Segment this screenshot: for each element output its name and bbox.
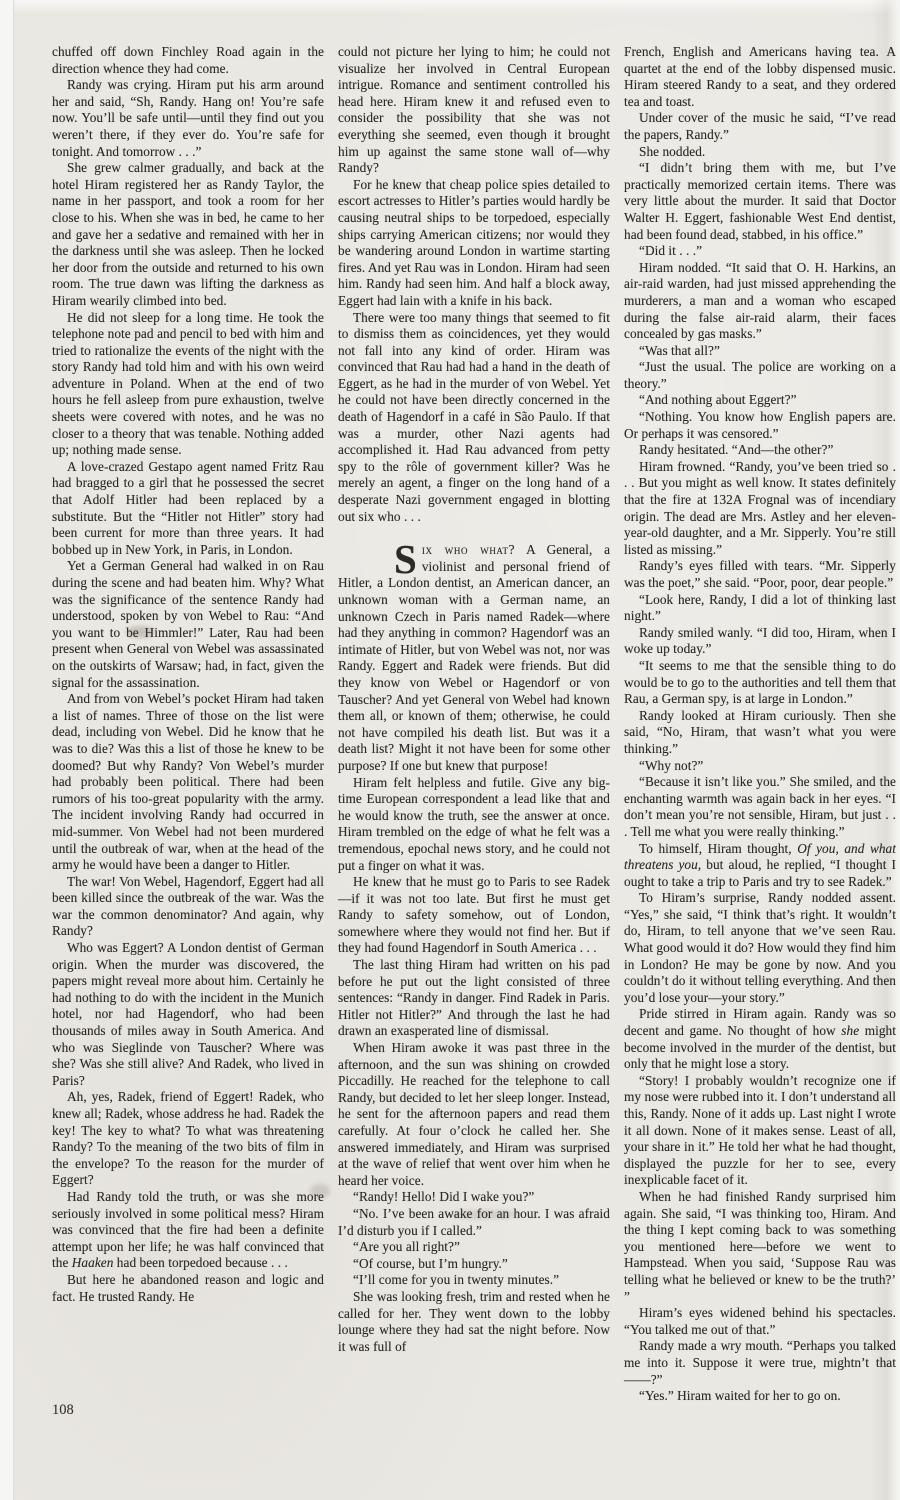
paragraph: To himself, Hiram thought, Of you, and w…: [624, 841, 896, 891]
paragraph: Hiram’s eyes widened behind his spectacl…: [624, 1305, 896, 1338]
paragraph: She grew calmer gradually, and back at t…: [52, 160, 324, 309]
paragraph: French, English and Americans having tea…: [624, 44, 896, 110]
paragraph: She was looking fresh, trim and rested w…: [338, 1289, 610, 1355]
paragraph: For he knew that cheap police spies deta…: [338, 177, 610, 310]
paragraph: “It seems to me that the sensible thing …: [624, 658, 896, 708]
paragraph: Hiram felt helpless and futile. Give any…: [338, 775, 610, 875]
paragraph: But here he abandoned reason and logic a…: [52, 1272, 324, 1305]
paragraph: Randy smiled wanly. “I did too, Hiram, w…: [624, 625, 896, 658]
paragraph: “Was that all?”: [624, 343, 896, 360]
paragraph: “And nothing about Eggert?”: [624, 392, 896, 409]
dropcap-letter: S: [394, 545, 417, 574]
paragraph: He did not sleep for a long time. He too…: [52, 310, 324, 459]
paragraph: Pride stirred in Hiram again. Randy was …: [624, 1006, 896, 1072]
paragraph: Randy looked at Hiram curiously. Then sh…: [624, 708, 896, 758]
paragraph: Randy made a wry mouth. “Perhaps you tal…: [624, 1338, 896, 1388]
scan-edge-left: [13, 0, 15, 1500]
paragraph: He knew that he must go to Paris to see …: [338, 874, 610, 957]
text-columns: chuffed off down Finchley Road again in …: [52, 44, 896, 1450]
paragraph: And from von Webel’s pocket Hiram had ta…: [52, 691, 324, 874]
paragraph: “Are you all right?”: [338, 1239, 610, 1256]
paragraph: “Just the usual. The police are working …: [624, 359, 896, 392]
paragraph: “Yes.” Hiram waited for her to go on.: [624, 1388, 896, 1405]
paragraph: Hiram nodded. “It said that O. H. Harkin…: [624, 260, 896, 343]
scan-edge-top: [14, 0, 900, 14]
paragraph: Had Randy told the truth, or was she mor…: [52, 1189, 324, 1272]
paragraph: Yet a German General had walked in on Ra…: [52, 558, 324, 691]
text-column: chuffed off down Finchley Road again in …: [52, 44, 324, 1450]
paragraph: could not picture her lying to him; he c…: [338, 44, 610, 177]
paragraph: A love-crazed Gestapo agent named Fritz …: [52, 459, 324, 559]
paragraph: She nodded.: [624, 144, 896, 161]
paragraph: Six who what? A General, a violinist and…: [338, 542, 610, 774]
paragraph: Randy hesitated. “And—the other?”: [624, 442, 896, 459]
paragraph: The last thing Hiram had written on his …: [338, 957, 610, 1040]
paragraph: “Did it . . .”: [624, 243, 896, 260]
paragraph: “No. I’ve been awake for an hour. I was …: [338, 1206, 610, 1239]
paragraph: “Nothing. You know how English papers ar…: [624, 409, 896, 442]
paragraph: When Hiram awoke it was past three in th…: [338, 1040, 610, 1189]
paragraph: There were too many things that seemed t…: [338, 310, 610, 526]
text-column: French, English and Americans having tea…: [624, 44, 896, 1450]
paragraph: “Look here, Randy, I did a lot of thinki…: [624, 592, 896, 625]
scanned-page: chuffed off down Finchley Road again in …: [14, 0, 900, 1500]
paragraph: Randy was crying. Hiram put his arm arou…: [52, 77, 324, 160]
paragraph: Who was Eggert? A London dentist of Germ…: [52, 940, 324, 1089]
paragraph: Hiram frowned. “Randy, you’ve been tried…: [624, 459, 896, 559]
paragraph: chuffed off down Finchley Road again in …: [52, 44, 324, 77]
paragraph: “Why not?”: [624, 758, 896, 775]
paragraph: Under cover of the music he said, “I’ve …: [624, 110, 896, 143]
smallcaps-opening: ix who what?: [422, 542, 515, 557]
text-column: could not picture her lying to him; he c…: [338, 44, 610, 1450]
paragraph: Randy’s eyes filled with tears. “Mr. Sip…: [624, 558, 896, 591]
page-number: 108: [52, 1402, 74, 1419]
paragraph: “Story! I probably wouldn’t recognize on…: [624, 1073, 896, 1189]
paragraph: “Of course, but I’m hungry.”: [338, 1256, 610, 1273]
paragraph: The war! Von Webel, Hagendorf, Eggert ha…: [52, 874, 324, 940]
paragraph: When he had finished Randy surprised him…: [624, 1189, 896, 1305]
paragraph: Ah, yes, Radek, friend of Eggert! Radek,…: [52, 1089, 324, 1189]
paragraph: “I’ll come for you in twenty minutes.”: [338, 1272, 610, 1289]
paragraph: “Randy! Hello! Did I wake you?”: [338, 1189, 610, 1206]
paragraph: “Because it isn’t like you.” She smiled,…: [624, 774, 896, 840]
paragraph: “I didn’t bring them with me, but I’ve p…: [624, 160, 896, 243]
paragraph: To Hiram’s surprise, Randy nodded assent…: [624, 890, 896, 1006]
